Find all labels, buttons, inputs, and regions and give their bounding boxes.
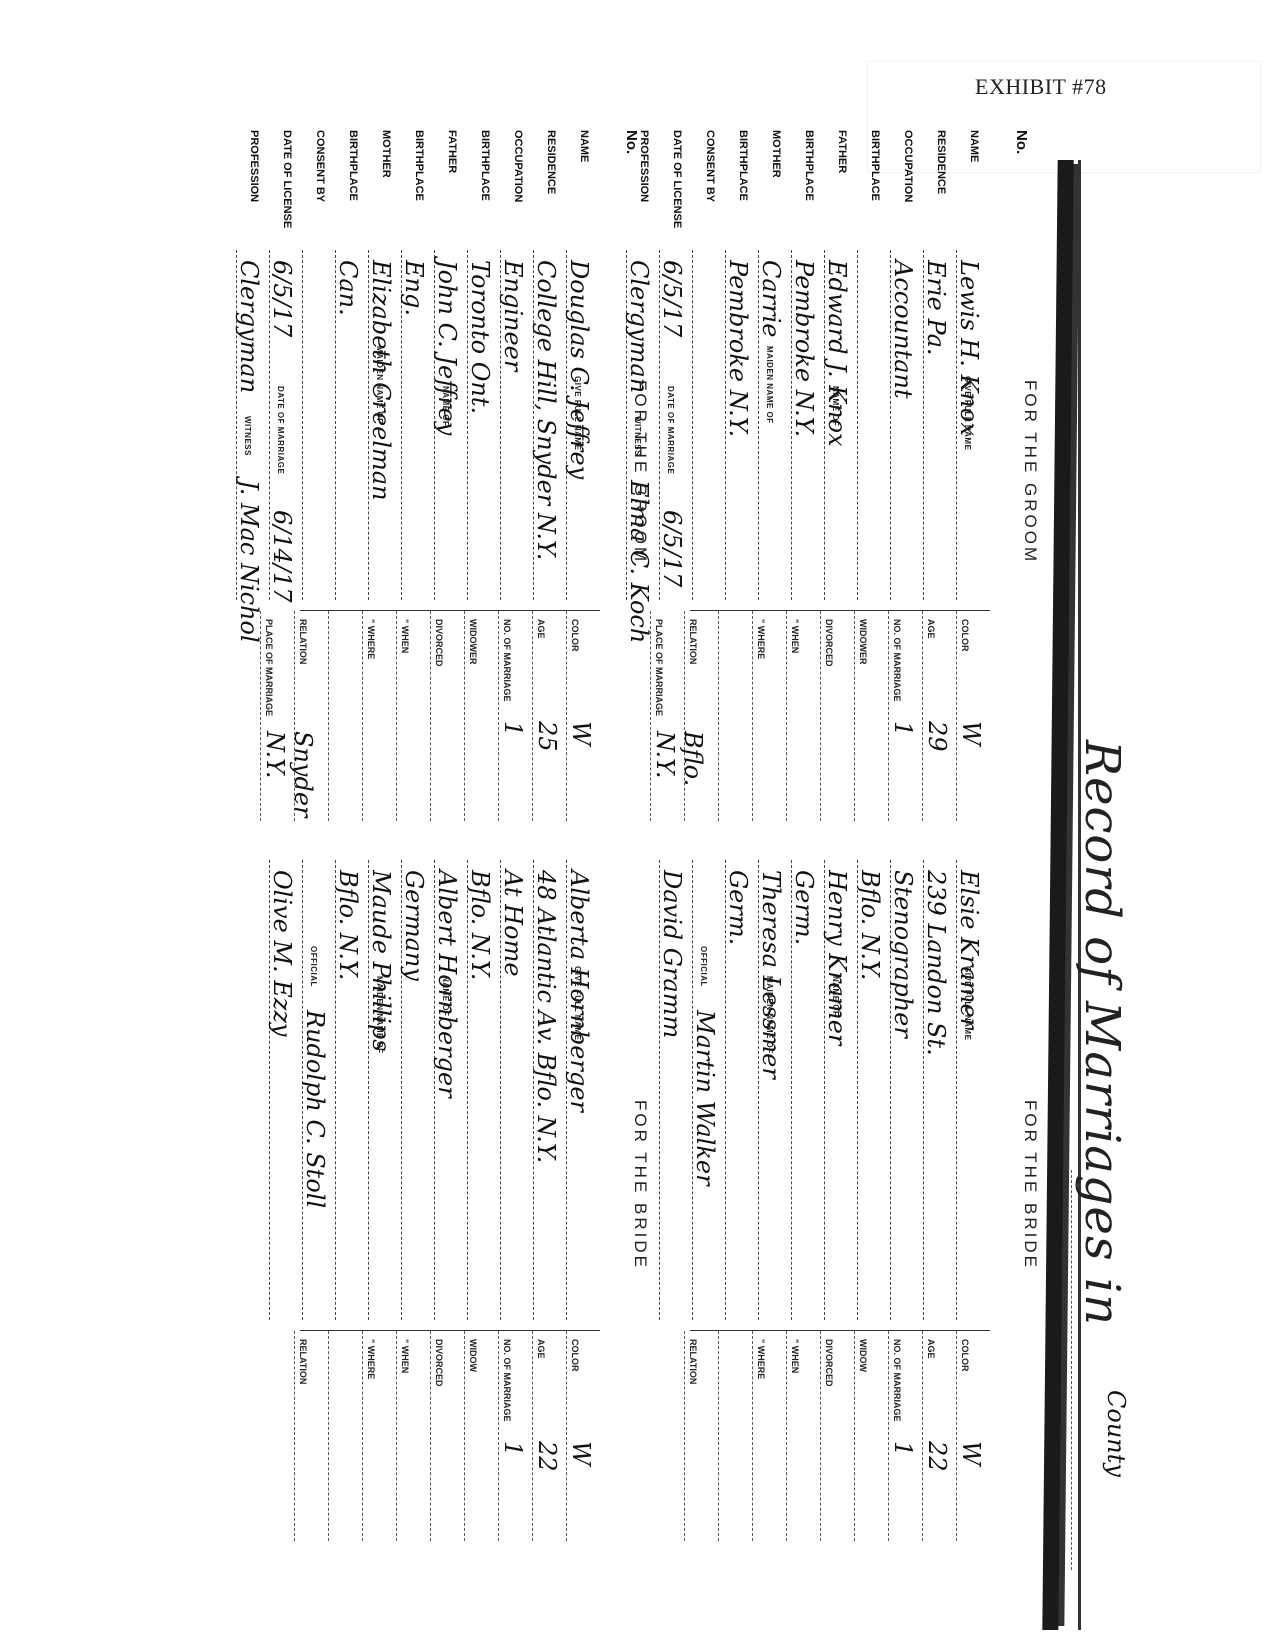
bride-stat-row — [718, 1331, 752, 1541]
stat-label: WIDOWER — [858, 619, 868, 665]
officiant-profession-line: ClergymanWITNESSJ. Mac Nichol — [236, 250, 270, 600]
bride-residence: 239 Landon St. — [922, 870, 950, 1056]
bride-stat-row: DIVORCED — [430, 1331, 464, 1541]
bride-stat-row: " WHEN — [786, 1331, 820, 1541]
county-line — [1071, 1170, 1072, 1570]
officiant-profession: Clergyman — [235, 260, 263, 393]
bride-stat-row: " WHERE — [752, 1331, 786, 1541]
record-title-row: Record of Marriages in County — [1040, 140, 1150, 1600]
stat-label: COLOR — [570, 1339, 580, 1372]
stat-label: RELATION — [298, 619, 308, 664]
groom-occupation-line: Engineer — [500, 250, 534, 600]
official-name-line: Rudolph C. StollOFFICIAL — [302, 860, 336, 1320]
groom-stat-row: " WHERE — [362, 611, 396, 821]
groom-residence-line: College Hill, Snyder N.Y. — [533, 250, 567, 600]
groom-section-title: FOR THE GROOM — [630, 380, 650, 564]
bride-residence-line: 239 Landon St. — [923, 860, 957, 1320]
bride-father-line: Henry KramerNAME OF — [824, 860, 858, 1320]
place-of-marriage: Bflo. N.Y. — [651, 731, 707, 821]
bride-mother-birthplace-line: Bflo. N.Y. — [335, 860, 369, 1320]
place-of-marriage-label: PLACE OF MARRIAGE — [264, 619, 274, 716]
father-name-label: NAME OF — [831, 386, 840, 426]
groom-section: No.FOR THE GROOMNAMERESIDENCEOCCUPATIONB… — [260, 140, 650, 820]
stat-label: AGE — [926, 619, 936, 639]
stat-value: W — [957, 721, 985, 746]
bride-section-title: FOR THE BRIDE — [630, 1100, 650, 1270]
groom-field-labels: NAMERESIDENCEOCCUPATIONBIRTHPLACEFATHERB… — [627, 130, 990, 240]
stat-label: " WHEN — [400, 1339, 410, 1373]
stat-value: 29 — [923, 721, 951, 752]
stat-value: W — [567, 721, 595, 746]
bride-father-birthplace-line: Germany — [401, 860, 435, 1320]
field-label: BIRTHPLACE — [858, 130, 891, 240]
stat-label: AGE — [536, 619, 546, 639]
bride-stats: COLORWAGE22NO. OF MARRIAGE1WIDOWDIVORCED… — [300, 1330, 600, 1541]
mother-name-label: MAIDEN NAME OF — [765, 976, 774, 1054]
groom-stat-row: NO. OF MARRIAGE1 — [498, 611, 532, 821]
groom-occupation: Accountant — [889, 260, 917, 399]
bride-father-line: Albert HornbergerNAME OF — [434, 860, 468, 1320]
date-of-marriage: 6/14/17 — [268, 510, 296, 603]
marriage-record-2: No.FOR THE GROOMNAMERESIDENCEOCCUPATIONB… — [260, 140, 650, 1600]
bride-stat-row — [328, 1331, 362, 1541]
groom-name-line: Douglas C. JeffreyGIVE FULL NAME — [566, 250, 600, 600]
bride-stat-row: AGE22 — [532, 1331, 566, 1541]
bride-residence: 48 Atlantic Av. Bflo. N.Y. — [532, 870, 560, 1163]
groom-field-labels: NAMERESIDENCEOCCUPATIONBIRTHPLACEFATHERB… — [237, 130, 600, 240]
bride-mother-birthplace: Bflo. N.Y. — [334, 870, 362, 980]
groom-stat-row: WIDOWER — [854, 611, 888, 821]
record-number-label: No. — [1013, 130, 1030, 154]
county-name: County — [1102, 1390, 1130, 1477]
stat-value: 1 — [889, 1441, 917, 1456]
field-label: BIRTHPLACE — [468, 130, 501, 240]
field-label: NAME — [567, 130, 600, 240]
field-label: BIRTHPLACE — [792, 130, 825, 240]
groom-occupation: Engineer — [499, 260, 527, 371]
groom-stat-row — [718, 611, 752, 821]
field-label: DATE OF LICENSE — [660, 130, 693, 240]
date-of-marriage-label: DATE OF MARRIAGE — [276, 386, 285, 474]
bride-father: Henry Kramer — [823, 870, 851, 1045]
bride-father-birthplace-line: Germ. — [791, 860, 825, 1320]
groom-mother-birthplace-line: Can. — [335, 250, 369, 600]
groom-stat-row: AGE25 — [532, 611, 566, 821]
bride-section: FOR THE BRIDEElsie KramerGIVE FULL NAME2… — [650, 860, 1040, 1540]
stat-label: COLOR — [570, 619, 580, 652]
stat-label: DIVORCED — [824, 1339, 834, 1387]
field-label: MOTHER — [759, 130, 792, 240]
stat-label: AGE — [926, 1339, 936, 1359]
bride-stat-row: COLORW — [956, 1331, 990, 1541]
place-of-marriage-row: PLACE OF MARRIAGESnyder N.Y. — [260, 611, 294, 821]
bride-stat-row: NO. OF MARRIAGE1 — [498, 1331, 532, 1541]
full-name-label: GIVE FULL NAME — [963, 376, 972, 450]
stat-value: W — [957, 1441, 985, 1466]
field-label: NAME — [957, 130, 990, 240]
bride-occupation-line: Stenographer — [890, 860, 924, 1320]
stat-value: 25 — [533, 721, 561, 752]
bride-stat-row: " WHEN — [396, 1331, 430, 1541]
groom-father-birthplace: Eng. — [400, 260, 428, 316]
groom-birthplace: Toronto Ont. — [466, 260, 494, 414]
bride-stats: COLORWAGE22NO. OF MARRIAGE1WIDOWDIVORCED… — [690, 1330, 990, 1541]
bride-stat-row: WIDOW — [854, 1331, 888, 1541]
stat-label: " WHERE — [366, 1339, 376, 1379]
groom-stat-row: " WHEN — [786, 611, 820, 821]
field-label: BIRTHPLACE — [726, 130, 759, 240]
groom-residence: Erie Pa. — [922, 260, 950, 356]
bride-mother-birthplace-line: Germ. — [725, 860, 759, 1320]
official-label: OFFICIAL — [699, 946, 708, 987]
official-name-line: Martin WalkerOFFICIAL — [692, 860, 726, 1320]
groom-consent-by-line — [302, 250, 336, 600]
official-name: Martin Walker — [691, 1010, 719, 1186]
father-name-label: NAME OF — [441, 386, 450, 426]
groom-stat-row: " WHERE — [752, 611, 786, 821]
bride-section: FOR THE BRIDEAlberta HornbergerGIVE FULL… — [260, 860, 650, 1540]
groom-birthplace-line: Toronto Ont. — [467, 250, 501, 600]
field-label: CONSENT BY — [693, 130, 726, 240]
bride-residence-line: 48 Atlantic Av. Bflo. N.Y. — [533, 860, 567, 1320]
stat-value: W — [567, 1441, 595, 1466]
stat-value: 1 — [499, 1441, 527, 1456]
full-name-label: GIVE FULL NAME — [963, 966, 972, 1040]
stat-label: COLOR — [960, 1339, 970, 1372]
groom-name-line: Lewis H. KnoxGIVE FULL NAME — [956, 250, 990, 600]
bride-stat-row: AGE22 — [922, 1331, 956, 1541]
bride-birthplace-line: Bflo. N.Y. — [857, 860, 891, 1320]
bride-father-birthplace: Germ. — [790, 870, 818, 945]
bride-birthplace: Bflo. N.Y. — [466, 870, 494, 980]
stat-label: DIVORCED — [434, 1339, 444, 1387]
groom-father-birthplace-line: Pembroke N.Y. — [791, 250, 825, 600]
groom-witness: J. Mac Nichol — [235, 480, 263, 643]
groom-birthplace-line — [857, 250, 891, 600]
bride-stat-row: RELATION — [684, 1331, 718, 1541]
record-number-label: No. — [623, 130, 640, 154]
groom-stats: COLORWAGE25NO. OF MARRIAGE1WIDOWERDIVORC… — [300, 610, 600, 821]
groom-stat-row: DIVORCED — [820, 611, 854, 821]
stat-label: " WHEN — [790, 619, 800, 653]
date-of-marriage-label: DATE OF MARRIAGE — [666, 386, 675, 474]
stat-label: WIDOW — [858, 1339, 868, 1372]
bride-witness: David Gramm — [658, 870, 686, 1038]
groom-stats: COLORWAGE29NO. OF MARRIAGE1WIDOWERDIVORC… — [690, 610, 990, 821]
groom-stat-row — [328, 611, 362, 821]
stat-label: " WHERE — [756, 619, 766, 659]
place-of-marriage-label: PLACE OF MARRIAGE — [654, 619, 664, 716]
marriage-record-1: No.FOR THE GROOMNAMERESIDENCEOCCUPATIONB… — [650, 140, 1040, 1600]
groom-mother-birthplace: Pembroke N.Y. — [724, 260, 752, 437]
bride-stat-row: NO. OF MARRIAGE1 — [888, 1331, 922, 1541]
bride-birthplace: Bflo. N.Y. — [856, 870, 884, 980]
father-name-label: NAME OF — [441, 976, 450, 1016]
full-name-label: GIVE FULL NAME — [573, 376, 582, 450]
groom-mother-birthplace-line: Pembroke N.Y. — [725, 250, 759, 600]
stat-label: WIDOWER — [468, 619, 478, 665]
bride-mother-birthplace: Germ. — [724, 870, 752, 945]
groom-residence-line: Erie Pa. — [923, 250, 957, 600]
date-of-marriage: 6/5/17 — [658, 510, 686, 587]
groom-father-line: Edward J. KnoxNAME OF — [824, 250, 858, 600]
bride-father-birthplace: Germany — [400, 870, 428, 981]
groom-mother-line: Elizabeth CreelmanMAIDEN NAME OF — [368, 250, 402, 600]
groom-consent-by-line — [692, 250, 726, 600]
bride-occupation: Stenographer — [889, 870, 917, 1038]
father-name-label: NAME OF — [831, 976, 840, 1016]
stat-label: RELATION — [688, 619, 698, 664]
bride-mother-line: Maude PhillipsMAIDEN NAME OF — [368, 860, 402, 1320]
field-label: RESIDENCE — [534, 130, 567, 240]
official-name: Rudolph C. Stoll — [301, 1010, 329, 1208]
bride-mother-line: Theresa LessmerMAIDEN NAME OF — [758, 860, 792, 1320]
bride-stat-row: RELATION — [294, 1331, 328, 1541]
stat-label: " WHEN — [790, 1339, 800, 1373]
exhibit-label: EXHIBIT #78 — [975, 74, 1107, 100]
groom-stat-row: WIDOWER — [464, 611, 498, 821]
stat-label: NO. OF MARRIAGE — [892, 619, 902, 702]
full-name-label: GIVE FULL NAME — [573, 966, 582, 1040]
groom-mother: Carrie — [757, 260, 785, 338]
bride-stat-row: COLORW — [566, 1331, 600, 1541]
official-label: OFFICIAL — [309, 946, 318, 987]
groom-stat-row: DIVORCED — [430, 611, 464, 821]
place-of-marriage-row: PLACE OF MARRIAGEBflo. N.Y. — [650, 611, 684, 821]
groom-father-birthplace: Pembroke N.Y. — [790, 260, 818, 437]
groom-stat-row: COLORW — [566, 611, 600, 821]
groom-stat-row: AGE29 — [922, 611, 956, 821]
place-of-marriage: Snyder N.Y. — [261, 731, 317, 821]
groom-section: No.FOR THE GROOMNAMERESIDENCEOCCUPATIONB… — [650, 140, 1040, 820]
stat-label: COLOR — [960, 619, 970, 652]
bride-witness-line: David Gramm — [659, 860, 693, 1320]
date-of-license: 6/5/17 — [658, 260, 686, 337]
date-of-license-line: 6/5/17DATE OF MARRIAGE6/14/17 — [269, 250, 303, 600]
field-label: MOTHER — [369, 130, 402, 240]
field-label: RESIDENCE — [924, 130, 957, 240]
stat-label: " WHEN — [400, 619, 410, 653]
stat-value: 1 — [889, 721, 917, 736]
stat-label: RELATION — [688, 1339, 698, 1384]
field-label: BIRTHPLACE — [402, 130, 435, 240]
groom-mother-birthplace: Can. — [334, 260, 362, 316]
bride-stat-row: DIVORCED — [820, 1331, 854, 1541]
marriage-record-sheet: Record of Marriages in County No.FOR THE… — [250, 140, 1150, 1600]
bride-name-line: Elsie KramerGIVE FULL NAME — [956, 860, 990, 1320]
groom-stat-row: NO. OF MARRIAGE1 — [888, 611, 922, 821]
field-label: FATHER — [435, 130, 468, 240]
stat-value: 22 — [533, 1441, 561, 1472]
mother-name-label: MAIDEN NAME OF — [375, 976, 384, 1054]
stat-label: DIVORCED — [824, 619, 834, 667]
groom-residence: College Hill, Snyder N.Y. — [532, 260, 560, 560]
stat-label: AGE — [536, 1339, 546, 1359]
bride-occupation-line: At Home — [500, 860, 534, 1320]
stat-label: WIDOW — [468, 1339, 478, 1372]
field-label: PROFESSION — [237, 130, 270, 240]
field-label: FATHER — [825, 130, 858, 240]
groom-section-title: FOR THE GROOM — [1020, 380, 1040, 564]
stat-label: NO. OF MARRIAGE — [502, 619, 512, 702]
mother-name-label: MAIDEN NAME OF — [375, 346, 384, 424]
stat-label: " WHERE — [366, 619, 376, 659]
groom-father-line: John C. JeffreyNAME OF — [434, 250, 468, 600]
stat-label: RELATION — [298, 1339, 308, 1384]
bride-stat-row: " WHERE — [362, 1331, 396, 1541]
bride-name-line: Alberta HornbergerGIVE FULL NAME — [566, 860, 600, 1320]
field-label: BIRTHPLACE — [336, 130, 369, 240]
bride-witness: Olive M. Ezzy — [268, 870, 296, 1037]
date-of-license: 6/5/17 — [268, 260, 296, 337]
bride-witness-line: Olive M. Ezzy — [269, 860, 303, 1320]
field-label: OCCUPATION — [501, 130, 534, 240]
stat-label: " WHERE — [756, 1339, 766, 1379]
groom-stat-row: " WHEN — [396, 611, 430, 821]
groom-occupation-line: Accountant — [890, 250, 924, 600]
witness-label: WITNESS — [243, 416, 252, 456]
groom-stat-row: COLORW — [956, 611, 990, 821]
mother-name-label: MAIDEN NAME OF — [765, 346, 774, 424]
bride-occupation: At Home — [499, 870, 527, 977]
bride-birthplace-line: Bflo. N.Y. — [467, 860, 501, 1320]
field-label: CONSENT BY — [303, 130, 336, 240]
stat-label: NO. OF MARRIAGE — [502, 1339, 512, 1422]
date-of-license-line: 6/5/17DATE OF MARRIAGE6/5/17 — [659, 250, 693, 600]
stat-label: DIVORCED — [434, 619, 444, 667]
groom-father-birthplace-line: Eng. — [401, 250, 435, 600]
stat-value: 22 — [923, 1441, 951, 1472]
stat-value: 1 — [499, 721, 527, 736]
stat-label: NO. OF MARRIAGE — [892, 1339, 902, 1422]
bride-stat-row: WIDOW — [464, 1331, 498, 1541]
groom-mother-line: CarrieMAIDEN NAME OF — [758, 250, 792, 600]
bride-section-title: FOR THE BRIDE — [1020, 1100, 1040, 1270]
record-title: Record of Marriages in — [1074, 740, 1130, 1326]
field-label: DATE OF LICENSE — [270, 130, 303, 240]
field-label: OCCUPATION — [891, 130, 924, 240]
